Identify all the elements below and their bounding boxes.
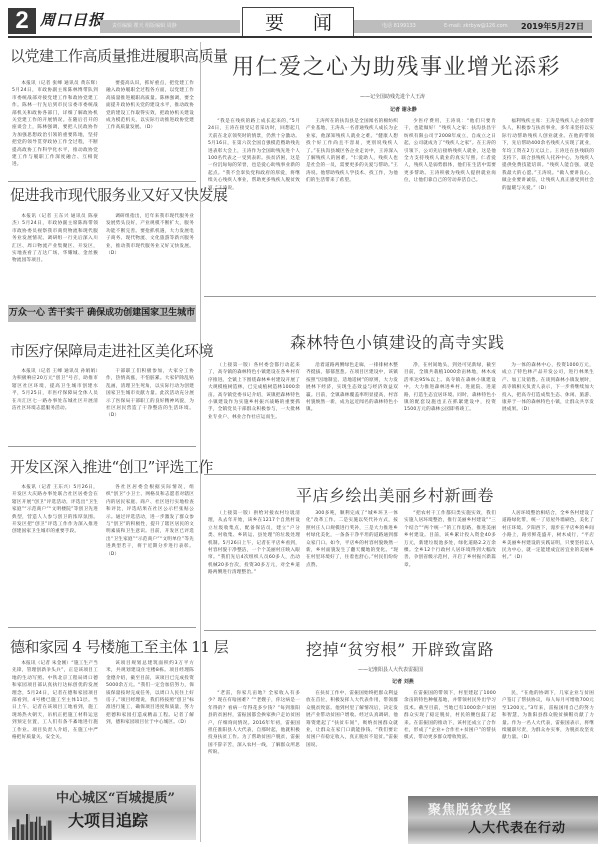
paragraph: 调研组指出，近年来我市现代服务业发展势头良好，产业规模不断扩大，服务功能不断完善… [106, 213, 194, 257]
main-headline[interactable]: 用仁爱之心为助残事业增光添彩 [232, 50, 561, 81]
paragraph: 要提高认识，抓好重点，把党建工作融入政协履职全过程各方面，以党建工作高质量推进履… [106, 80, 194, 132]
article-headline-party-building[interactable]: 以党建工作高质量推进履职高质量 [10, 45, 228, 66]
article-body-service-industry-col1: 本报讯（记者 王东兴 通讯员 陈豪杰）5月24日，市政协副主席陈海带领市政协委员… [12, 213, 98, 301]
forest-body-col1: （上接第一版）各村委会都行动起来了，高寺镇的森林特色小镇建设在各乡村有序推进。全… [208, 362, 300, 462]
paragraph: 民，“在他的协调下，几家企业与贫困户签订了帮扶协议，每人每月可增收700元至12… [502, 690, 594, 742]
pingdian-body-col3: “把农村干工作都归类实施实效，我们实施人居环境整治，推行美丽乡村建设”“三个结合… [404, 510, 496, 628]
poverty-byline: 记者 刘燕 [392, 678, 414, 685]
article-headline-dehe-garden[interactable]: 德和家园 4 号楼施工至主体 11 层 [10, 636, 228, 657]
paragraph: “老雷，你家几亩地？全家收入有多少？现在有啥困难？”“老嫂子，你这病是一年得的？… [208, 690, 300, 757]
promo-poverty-alleviation-banner[interactable]: 聚焦脱贫攻坚 人大代表在行动 [408, 796, 598, 844]
article-body-medical-security-col1: 本报讯（记者 王峰 通讯员 孙娟娟）为积极响应20万元“创卫”号召，助推市辖区社… [12, 368, 98, 443]
article-body-dehe-garden-col1: 本报讯（记者 朱金刚）“施工生产当先锋，管理创新争头兵”，正是该项目工地的生动写… [12, 660, 98, 780]
paragraph: 本报讯（记者 张峰 通讯员 黄东辉）5月24日，市政协副主席陈林博带队到市委统战… [12, 80, 98, 169]
email-text: E-mail: zkrbyw@126.com [444, 20, 508, 33]
section-title-box: 要 闻 [242, 7, 354, 37]
forest-town-headline[interactable]: 森林特色小镇建设的高寺实践 [290, 330, 505, 353]
divider [8, 446, 196, 447]
column-separator [200, 42, 201, 842]
paragraph: 在雷振国的带领下，村里建起了1000余亩的特色种植基地，并带领村民外出学习技术。… [404, 690, 496, 742]
paragraph: （上接第一版）供给对接农村垃圾清理，从去年开始，该乡在1217个自然村设立垃圾收… [208, 510, 300, 577]
main-body-col1: “我是在残疾的路上成长起来的，”5月24日，王涛在接受记者采访时，回想起几天前在… [208, 118, 300, 290]
editor-credits: 责任编辑 瞿天 组版编辑 周静 [100, 20, 240, 33]
promo-line-2: 人大代表在行动 [468, 821, 566, 837]
main-body-col2: 王涛所在的扶沟县是全国闻名的棉纺织产业基地，王涛从一名普通残疾人成长为企业家，他… [306, 118, 398, 290]
city-skyline-graphic [12, 814, 52, 840]
article-body-medical-security-col2: 干部职工们积极参加，大家分工协作，热情高涨，不怕脏累。大家铲除乱贴乱画，清理卫生… [106, 368, 194, 443]
article-body-party-building-col1: 本报讯（记者 张峰 通讯员 黄东辉）5月24日，市政协副主席陈林博带队到市委统战… [12, 80, 98, 178]
paper-name-logo: 周口日报 [40, 10, 104, 30]
paragraph: 在扶贫工作中，雷振国始终把群众利益放在首位，积极发挥人大代表作用，带领群众脱贫致… [306, 690, 398, 749]
contact-band: 电话 8199133 E-mail: zkrbyw@126.com 2019年5… [354, 20, 592, 33]
article-body-dehe-garden-col2: 该项目规划总建筑面积约3万平方米，共规划建设住宅楼8栋。项目经理陈金德介绍，截至… [106, 660, 194, 780]
article-body-party-building-col2: 要提高认识，抓好重点，把党建工作融入政协履职全过程各方面，以党建工作高质量推进履… [106, 80, 194, 178]
paragraph: 各社区居委会根据实际情况，组织“创卫”小卫士、网格员和志愿者对辖区内的居民家庭、… [106, 484, 194, 558]
paragraph: 本报讯（记者 王东兴）5月26日，开发区大庆路办事处联合社区居委会在辖区开展“创… [12, 484, 98, 536]
paragraph: 福利残疾主席：王涛是残疾人企业的带头人，积极参与扶贫事业，多年来坚持以实际行动帮… [502, 118, 594, 192]
paragraph: 沿着道路两侧绿色走廊，一排排树木整齐挺拔，郁郁葱葱。在项目区建设中，该镇按照“因… [306, 362, 398, 414]
main-body-col4: 福利残疾主席：王涛是残疾人企业的带头人，积极参与扶贫事业，多年来坚持以实际行动帮… [502, 118, 594, 290]
paragraph: 王涛所在的扶沟县是全国闻名的棉纺织产业基地，王涛从一名普通残疾人成长为企业家，他… [306, 118, 398, 185]
masthead-rule [8, 36, 592, 38]
article-body-development-zone-col2: 各社区居委会根据实际情况，组织“创卫”小卫士、网格员和志愿者对辖区内的居民家庭、… [106, 484, 194, 624]
poverty-headline[interactable]: 挖掉“贫穷根” 开辟致富路 [306, 637, 494, 660]
editor-band: 责任编辑 瞿天 组版编辑 周静 [100, 20, 240, 33]
pingdian-body-col1: （上接第一版）供给对接农村垃圾清理，从去年开始，该乡在1217个自然村设立垃圾收… [208, 510, 300, 628]
paragraph: 本报讯（记者 王峰 通讯员 孙娟娟）为积极响应20万元“创卫”号召，助推市辖区社… [12, 368, 98, 412]
paragraph: 少医疗费用，王涛说：“他们只要肯干，也能做好！”残疾人之家：扶沟县昌宇纺织有限公… [404, 118, 496, 185]
phone-text: 电话 8199133 [382, 20, 416, 33]
paragraph: 为一体的森林中心，投资1000万元，成立了特色林产品开发公司，进行林果生产、加工… [502, 362, 594, 414]
paragraph: 300多吨，顺利完成了“城乡环卫一体化”改革工作。二是实施以奖代补方式，按照村庄… [306, 510, 398, 569]
masthead: 2 周口日报 责任编辑 瞿天 组版编辑 周静 要 闻 电话 8199133 E-… [0, 0, 600, 36]
section-title-char-1: 要 [265, 11, 284, 35]
poverty-body-col1: “老雷，你家几亩地？全家收入有多少？现在有啥困难？”“老嫂子，你这病是一年得的？… [208, 690, 300, 840]
article-headline-development-zone[interactable]: 开发区深入推进“创卫”评选工作 [10, 456, 213, 477]
page-number: 2 [8, 8, 36, 34]
paragraph: 该项目规划总建筑面积约3万平方米，共规划建设住宅楼8栋。项目经理陈金德介绍，截至… [106, 660, 194, 727]
pingdian-headline[interactable]: 平店乡绘出美丽乡村新画卷 [296, 483, 494, 506]
main-byline: 记者 谢永静 [390, 106, 417, 113]
promo-line-2: 大项目追踪 [68, 811, 148, 831]
paragraph: “我是在残疾的路上成长起来的，”5月24日，王涛在接受记者采访时，回想起几天前在… [208, 118, 300, 192]
health-city-banner: 万众一心 苦干实干 确保成功创建国家卫生城市 [8, 305, 196, 322]
paragraph: 人居环境整治相结合，全乡各村建设了道路绿化带，统一了房屋外墙刷色，美化了村庄环境… [502, 510, 594, 562]
article-body-service-industry-col2: 调研组指出，近年来我市现代服务业发展势头良好，产业规模不断扩大，服务功能不断完善… [106, 213, 194, 301]
pingdian-body-col4: 人居环境整治相结合，全乡各村建设了道路绿化带，统一了房屋外墙刷色，美化了村庄环境… [502, 510, 594, 628]
promo-city-quality-banner[interactable]: 中心城区“百城提质” 大项目追踪 [8, 785, 196, 840]
promo-line-1: 聚焦脱贫攻坚 [428, 803, 512, 819]
divider [204, 296, 596, 297]
main-body-col3: 少医疗费用，王涛说：“他们只要肯干，也能做好！”残疾人之家：扶沟县昌宇纺织有限公… [404, 118, 496, 290]
article-headline-medical-security[interactable]: 市医疗保障局走进社区美化环境 [10, 340, 213, 361]
divider [8, 181, 196, 182]
issue-date: 2019年5月27日 [521, 20, 584, 33]
section-title-char-2: 闻 [313, 11, 332, 35]
article-headline-service-industry[interactable]: 促进我市现代服务业又好又快发展 [10, 184, 228, 205]
promo-line-1: 中心城区“百城提质” [56, 791, 175, 807]
paragraph: （上接第一版）各村委会都行动起来了，高寺镇的森林特色小镇建设在各乡村有序推进。全… [208, 362, 300, 421]
forest-body-col4: 为一体的森林中心，投资1000万元，成立了特色林产品开发公司，进行林果生产、加工… [502, 362, 594, 462]
divider [204, 630, 596, 631]
divider [8, 627, 196, 628]
paragraph: 本报讯（记者 王东兴 通讯员 陈豪杰）5月24日，市政协副主席陈海带领市政协委员… [12, 213, 98, 265]
poverty-body-col3: 在雷振国的带领下，村里建起了1000余亩的特色种植基地，并带领村民外出学习技术。… [404, 690, 496, 790]
poverty-body-col2: 在扶贫工作中，雷振国始终把群众利益放在首位，积极发挥人大代表作用，带领群众脱贫致… [306, 690, 398, 840]
paragraph: 本报讯（记者 朱金刚）“施工生产当先锋，管理创新争头兵”，正是该项目工地的生动写… [12, 660, 98, 741]
paragraph: “把农村干工作都归类实施实效，我们实施人居环境整治，推行美丽乡村建设”“三个结合… [404, 510, 496, 569]
paragraph: 净，在村间地头，到处可见新绿，截至目前，全镇共栽植1000余亩林地，林木成活率达… [404, 362, 496, 414]
main-subhead: ——记全国助残先进个人王涛 [360, 93, 425, 100]
paragraph: 干部职工们积极参加，大家分工协作，热情高涨，不怕脏累。大家铲除乱贴乱画，清理卫生… [106, 368, 194, 420]
forest-body-col3: 净，在村间地头，到处可见新绿，截至目前，全镇共栽植1000余亩林地，林木成活率达… [404, 362, 496, 462]
poverty-body-col4: 民，“在他的协调下，几家企业与贫困户签订了帮扶协议，每人每月可增收700元至12… [502, 690, 594, 790]
forest-body-col2: 沿着道路两侧绿色走廊，一排排树木整齐挺拔，郁郁葱葱。在项目区建设中，该镇按照“因… [306, 362, 398, 462]
divider [204, 474, 596, 475]
article-body-development-zone-col1: 本报讯（记者 王东兴）5月26日，开发区大庆路办事处联合社区居委会在辖区开展“创… [12, 484, 98, 624]
pingdian-body-col2: 300多吨，顺利完成了“城乡环卫一体化”改革工作。二是实施以奖代补方式，按照村庄… [306, 510, 398, 628]
poverty-subhead: ——记淮阳县人大代表雷振国 [358, 666, 423, 673]
